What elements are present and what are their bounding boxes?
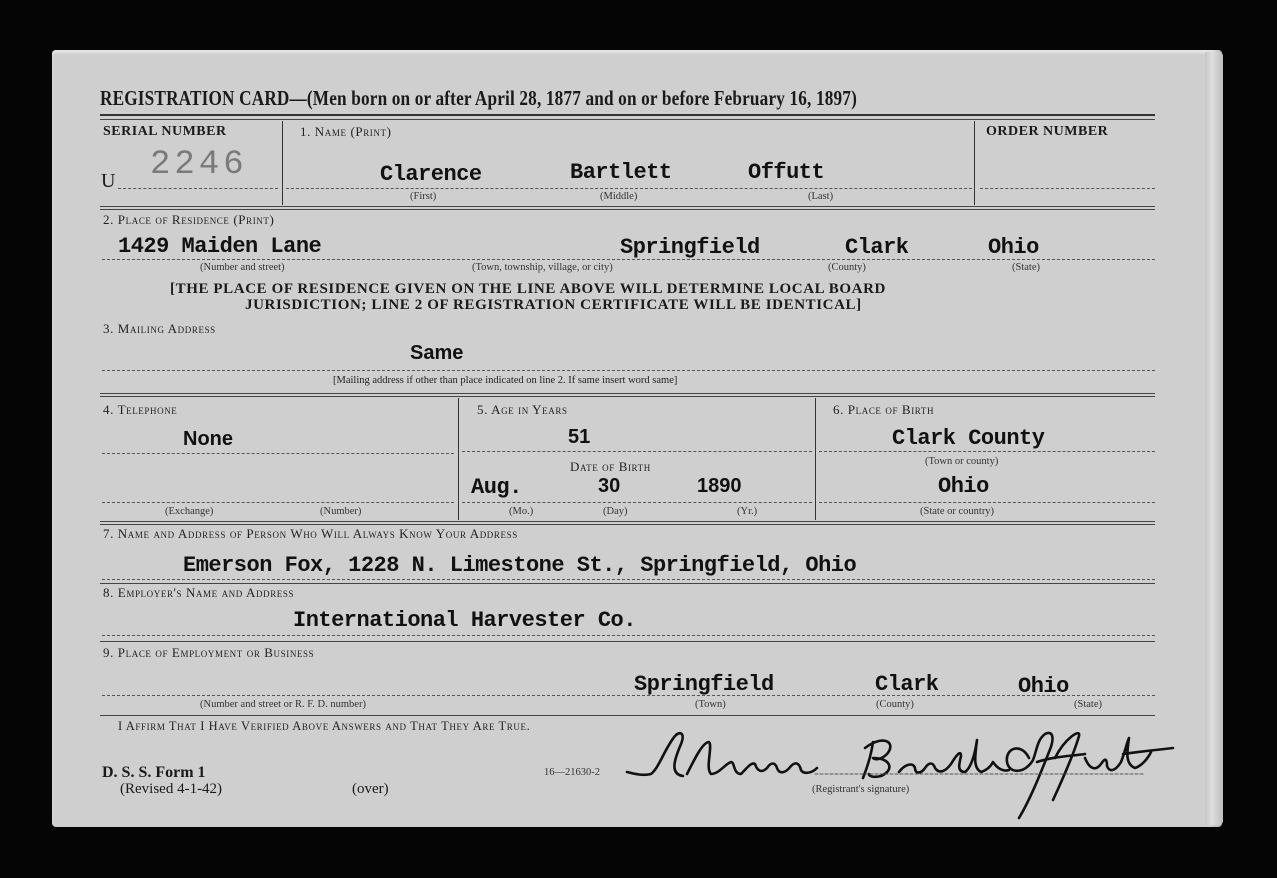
affirmation-text: I Affirm That I Have Verified Above Answ… <box>118 719 530 734</box>
first-name[interactable]: Clarence <box>380 162 482 187</box>
employment-place-label: 9. Place of Employment or Business <box>103 645 314 661</box>
middle-name[interactable]: Bartlett <box>570 160 672 185</box>
day-caption: (Day) <box>603 506 628 517</box>
divider <box>458 398 459 520</box>
card-title: REGISTRATION CARD—(Men born on or after … <box>100 86 857 111</box>
row-rule <box>100 396 1155 397</box>
residence-state[interactable]: Ohio <box>988 235 1039 260</box>
serial-line <box>118 188 278 189</box>
employment-street-caption: (Number and street or R. F. D. number) <box>200 699 366 710</box>
last-caption: (Last) <box>808 191 833 202</box>
residence-notice-1: [THE PLACE OF RESIDENCE GIVEN ON THE LIN… <box>170 281 886 298</box>
county-caption: (County) <box>828 262 866 273</box>
mailing-line <box>102 370 1155 371</box>
row-rule <box>100 393 1155 394</box>
year-caption: (Yr.) <box>737 506 757 517</box>
last-name[interactable]: Offutt <box>748 160 824 185</box>
order-number-label: ORDER NUMBER <box>986 124 1108 140</box>
residence-label: 2. Place of Residence (Print) <box>103 212 274 228</box>
contact-person-label: 7. Name and Address of Person Who Will A… <box>103 526 518 542</box>
divider <box>974 121 975 205</box>
signature-scribble-icon <box>625 728 1185 823</box>
order-line <box>980 188 1155 189</box>
row-rule <box>100 583 1155 584</box>
form-revised: (Revised 4-1-42) <box>120 781 222 798</box>
month-caption: (Mo.) <box>509 506 533 517</box>
serial-number-value[interactable]: 2246 <box>150 146 248 184</box>
employer-label: 8. Employer's Name and Address <box>103 585 294 601</box>
birthplace-line-2 <box>819 502 1155 503</box>
mailing-address-label: 3. Mailing Address <box>103 321 216 337</box>
serial-prefix: U <box>101 170 115 193</box>
employment-line <box>102 695 1155 696</box>
contact-line <box>102 579 1155 580</box>
birthplace-line <box>819 451 1155 452</box>
signature-caption: (Registrant's signature) <box>812 784 909 795</box>
name-line <box>286 188 972 189</box>
dob-label: Date of Birth <box>570 459 651 475</box>
divider <box>282 121 283 205</box>
name-label: 1. Name (Print) <box>300 124 392 140</box>
row-rule <box>100 715 1155 716</box>
row-rule <box>100 524 1155 525</box>
birthplace-town[interactable]: Clark County <box>892 426 1044 451</box>
registrant-signature[interactable] <box>625 728 1185 823</box>
contact-person-value[interactable]: Emerson Fox, 1228 N. Limestone St., Spri… <box>183 553 856 578</box>
residence-street[interactable]: 1429 Maiden Lane <box>118 234 321 259</box>
row-rule <box>100 521 1155 522</box>
telephone-line-2 <box>102 502 454 503</box>
dob-month[interactable]: Aug. <box>471 475 522 500</box>
state-caption: (State) <box>1012 262 1040 273</box>
employment-county[interactable]: Clark <box>875 672 939 697</box>
mailing-caption: [Mailing address if other than place ind… <box>333 375 677 386</box>
mailing-address-value[interactable]: Same <box>410 342 463 365</box>
employment-county-caption: (County) <box>876 699 914 710</box>
birthplace-label: 6. Place of Birth <box>833 402 934 418</box>
employer-line <box>102 635 1155 636</box>
telephone-label: 4. Telephone <box>103 402 177 418</box>
card-edge <box>1205 52 1223 825</box>
age-value[interactable]: 51 <box>568 426 590 449</box>
title-rule <box>100 114 1155 116</box>
divider <box>815 398 816 520</box>
birthplace-town-caption: (Town or county) <box>925 456 998 467</box>
title-rule-2 <box>100 119 1155 120</box>
dob-year[interactable]: 1890 <box>697 475 742 498</box>
town-caption: (Town, township, village, or city) <box>472 262 613 273</box>
exchange-caption: (Exchange) <box>165 506 213 517</box>
serial-number-label: SERIAL NUMBER <box>103 124 227 140</box>
print-code: 16—21630-2 <box>544 767 600 778</box>
employment-state-caption: (State) <box>1074 699 1102 710</box>
row-rule <box>100 641 1155 642</box>
employer-value[interactable]: International Harvester Co. <box>293 608 636 633</box>
employment-town-caption: (Town) <box>695 699 726 710</box>
row-rule <box>100 206 1155 207</box>
residence-county[interactable]: Clark <box>845 235 909 260</box>
birthplace-state-caption: (State or country) <box>920 506 994 517</box>
row-rule <box>100 209 1155 210</box>
residence-town[interactable]: Springfield <box>620 235 760 260</box>
age-label: 5. Age in Years <box>477 402 568 418</box>
employment-town[interactable]: Springfield <box>634 672 774 697</box>
street-caption: (Number and street) <box>200 262 285 273</box>
birthplace-state[interactable]: Ohio <box>938 474 989 499</box>
residence-line <box>102 259 1155 260</box>
middle-caption: (Middle) <box>600 191 637 202</box>
age-line <box>462 451 812 452</box>
residence-notice-2: JURISDICTION; LINE 2 OF REGISTRATION CER… <box>245 297 862 314</box>
dob-line <box>462 502 812 503</box>
number-caption: (Number) <box>320 506 361 517</box>
first-caption: (First) <box>410 191 436 202</box>
form-name: D. S. S. Form 1 <box>102 764 206 782</box>
over-note: (over) <box>352 781 389 798</box>
dob-day[interactable]: 30 <box>598 475 620 498</box>
telephone-line <box>102 453 454 454</box>
telephone-value[interactable]: None <box>183 428 233 451</box>
